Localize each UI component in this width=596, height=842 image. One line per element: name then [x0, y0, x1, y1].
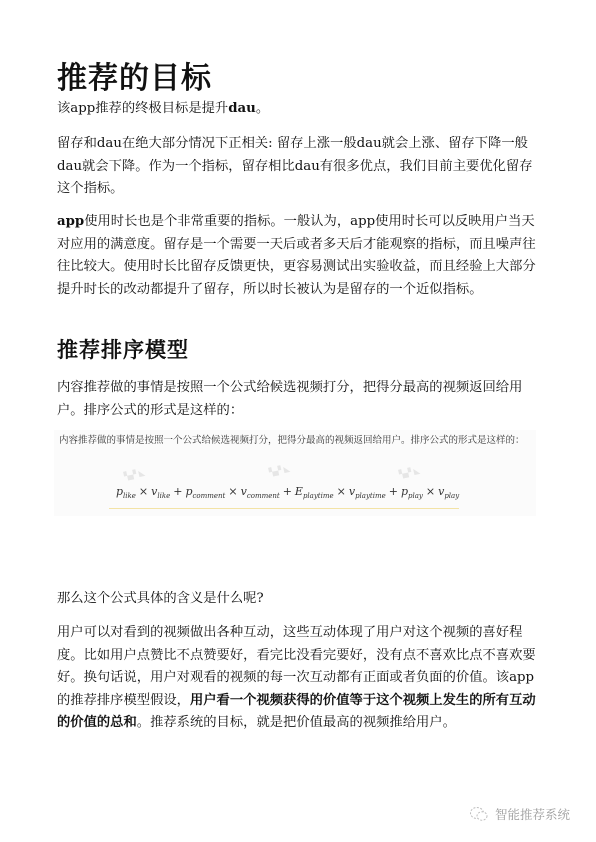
wechat-logo-icon — [469, 806, 489, 822]
formula-term: vcomment — [241, 485, 280, 498]
section-title-ranking-model: 推荐排序模型 — [57, 336, 189, 364]
formula-term: Eplaytime — [295, 485, 334, 498]
ranking-intro-paragraph: 内容推荐做的事情是按照一个公式给候选视频打分，把得分最高的视频返回给用户。排序公… — [57, 377, 541, 422]
formula-underline — [109, 508, 459, 509]
watermark: ▚▞ ◣ — [268, 464, 290, 477]
formula-operator: × — [426, 485, 435, 498]
formula-term: vplay — [438, 485, 459, 498]
watermark: ▚▞ ◣ — [398, 466, 420, 479]
formula-operator: × — [337, 485, 346, 498]
formula-screenshot: ▚▞ ◣ ▚▞ ◣ ▚▞ ◣ 内容推荐做的事情是按照一个公式给候选视频打分，把得… — [54, 430, 536, 516]
watermark: ▚▞ ◣ — [123, 468, 145, 481]
intro-text: 该app推荐的终极目标是提升 — [57, 101, 228, 116]
formula-operator: + — [389, 485, 398, 498]
footer-brand: 智能推荐系统 — [469, 805, 570, 823]
formula-operator: × — [228, 485, 237, 498]
formula-caption: 内容推荐做的事情是按照一个公式给候选视频打分，把得分最高的视频返回给用户。排序公… — [59, 434, 529, 448]
formula-question: 那么这个公式具体的含义是什么呢? — [57, 588, 541, 611]
formula-term: pplay — [401, 485, 423, 498]
formula-term: plike — [116, 485, 136, 498]
intro-bold: dau — [228, 101, 256, 116]
formula-operator: + — [173, 485, 182, 498]
usage-time-text: 使用时长也是个非常重要的指标。一般认为，app使用时长可以反映用户当天对应用的满… — [57, 214, 536, 297]
section-title-goal: 推荐的目标 — [57, 60, 212, 98]
footer-brand-name: 智能推荐系统 — [495, 805, 570, 823]
usage-time-paragraph: app使用时长也是个非常重要的指标。一般认为，app使用时长可以反映用户当天对应… — [57, 211, 541, 301]
ranking-formula: plike×vlike+pcomment×vcomment+Eplaytime×… — [116, 485, 459, 500]
formula-term: pcomment — [185, 485, 225, 498]
formula-operator: × — [139, 485, 148, 498]
meaning-text-b: 。推荐系统的目标，就是把价值最高的视频推给用户。 — [137, 715, 456, 730]
goal-intro: 该app推荐的终极目标是提升dau。 — [57, 98, 541, 121]
intro-suffix: 。 — [256, 101, 269, 116]
app-bold: app — [57, 214, 84, 229]
formula-meaning-paragraph: 用户可以对看到的视频做出各种互动，这些互动体现了用户对这个视频的喜好程度。比如用… — [57, 622, 541, 735]
retention-paragraph: 留存和dau在绝大部分情况下正相关: 留存上涨一般dau就会上涨、留存下降一般d… — [57, 133, 541, 201]
formula-term: vplaytime — [349, 485, 386, 498]
formula-term: vlike — [151, 485, 170, 498]
formula-operator: + — [283, 485, 292, 498]
